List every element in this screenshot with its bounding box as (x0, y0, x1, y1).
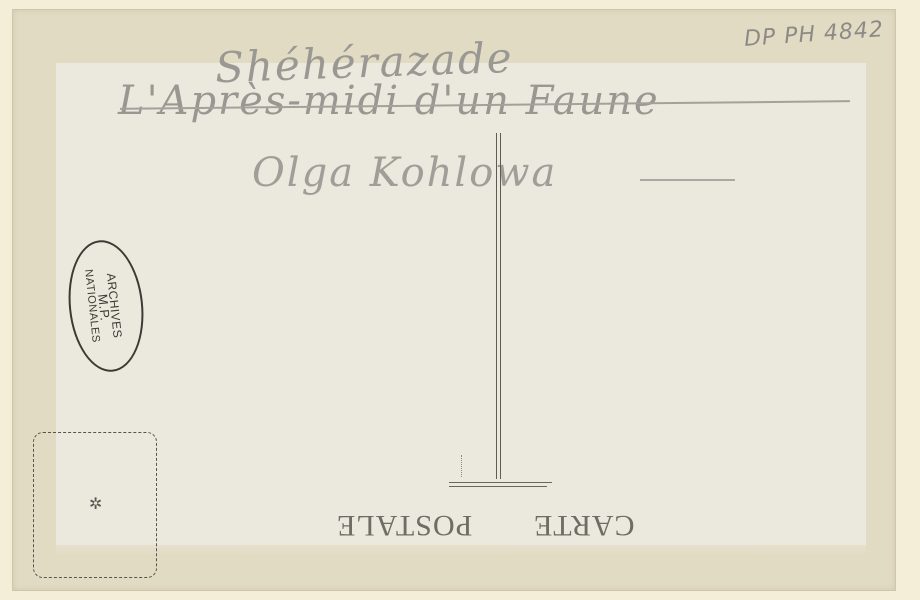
handwritten-title-2: L'Après-midi d'un Faune (118, 78, 660, 124)
printed-word-carte: CARTE (533, 508, 635, 542)
handwritten-name: Olga Kohlowa (252, 150, 557, 196)
asterisk-icon: ✲ (89, 494, 102, 513)
name-flourish (640, 179, 735, 181)
card-edge (56, 545, 866, 555)
divider-base-2 (449, 486, 547, 487)
divider-base (449, 482, 552, 483)
address-divider (496, 133, 501, 479)
printed-word-postale: POSTALE (336, 508, 472, 542)
dotted-mark (461, 455, 463, 477)
